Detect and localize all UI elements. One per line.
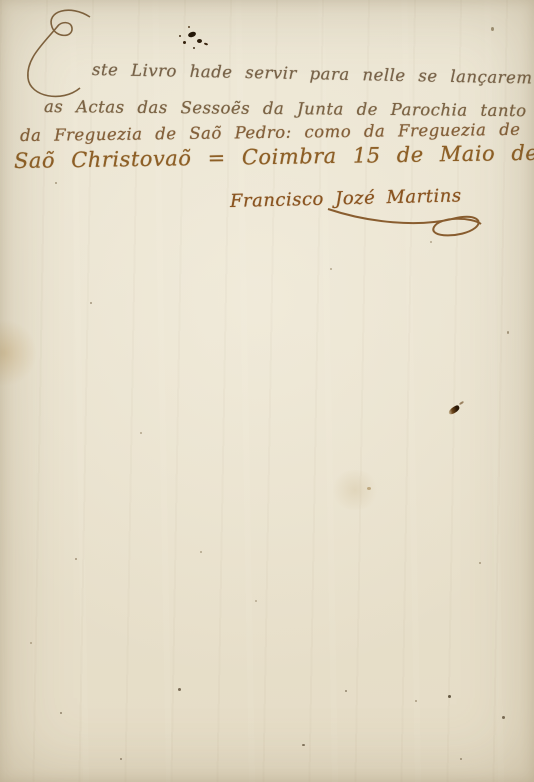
- signature: Francisco Jozé Martins: [230, 185, 462, 212]
- ink-blot: [197, 39, 202, 43]
- foxing-speck: [430, 241, 432, 243]
- drop-cap-letter-e: [16, 4, 100, 104]
- foxing-speck: [302, 744, 305, 746]
- ink-mark: [459, 401, 464, 406]
- ink-blot: [183, 41, 186, 44]
- foxing-speck: [200, 551, 202, 553]
- ink-mark: [447, 405, 460, 416]
- foxing-speck: [460, 758, 462, 760]
- foxing-speck: [479, 562, 481, 564]
- ink-blot: [204, 42, 208, 45]
- foxing-speck: [90, 302, 92, 304]
- foxing-speck: [415, 700, 417, 702]
- foxing-speck: [345, 690, 347, 692]
- foxing-speck: [491, 27, 494, 31]
- ink-blot: [188, 31, 197, 38]
- foxing-speck: [367, 487, 371, 490]
- foxing-speck: [502, 716, 505, 719]
- manuscript-line-1: ste Livro hade servir para nelle se lanç…: [92, 60, 533, 87]
- foxing-speck: [330, 268, 332, 270]
- foxing-speck: [255, 600, 257, 602]
- foxing-speck: [60, 712, 62, 714]
- paper-stain: [0, 318, 36, 388]
- ink-blot: [188, 26, 190, 28]
- foxing-speck: [120, 758, 122, 760]
- foxing-speck: [507, 331, 509, 334]
- foxing-speck: [140, 432, 142, 434]
- ink-blot: [179, 35, 181, 37]
- ink-blot: [193, 47, 195, 49]
- manuscript-page: ste Livro hade servir para nelle se lanç…: [0, 0, 534, 782]
- foxing-speck: [448, 695, 451, 698]
- foxing-speck: [75, 558, 77, 560]
- manuscript-line-2: as Actas das Sessoẽs da Junta de Parochi…: [44, 97, 527, 120]
- foxing-speck: [55, 182, 57, 184]
- foxing-speck: [30, 642, 32, 644]
- manuscript-line-4: Saõ Christovaõ = Coimbra 15 de Maio de 1…: [14, 140, 534, 173]
- foxing-speck: [178, 688, 181, 691]
- paper-stain: [330, 470, 380, 510]
